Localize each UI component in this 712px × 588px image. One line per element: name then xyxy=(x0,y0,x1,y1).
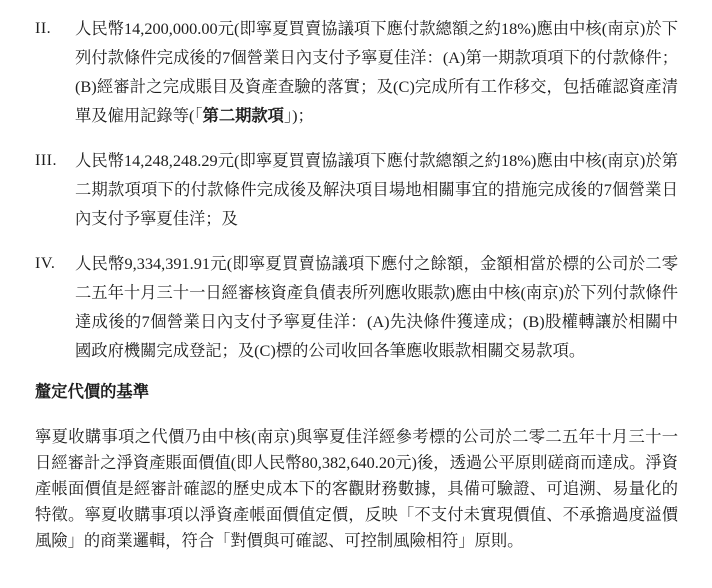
item-numeral: II. xyxy=(35,14,75,43)
clause-text: 人民幣9,334,391.91元(即寧夏買賣協議項下應付之餘額，金額相當於標的公… xyxy=(75,254,678,360)
item-text: 人民幣14,200,000.00元(即寧夏買賣協議項下應付款總額之約18%)應由… xyxy=(75,14,678,130)
payment-terms-list: II.人民幣14,200,000.00元(即寧夏買賣協議項下應付款總額之約18%… xyxy=(35,14,678,365)
clause-text: 人民幣14,248,248.29元(即寧夏買賣協議項下應付款總額之約18%)應由… xyxy=(75,151,678,228)
defined-term-bold: 第二期款項 xyxy=(203,106,284,125)
list-item: II.人民幣14,200,000.00元(即寧夏買賣協議項下應付款總額之約18%… xyxy=(35,14,678,130)
item-text: 人民幣9,334,391.91元(即寧夏買賣協議項下應付之餘額，金額相當於標的公… xyxy=(75,249,678,365)
item-text: 人民幣14,248,248.29元(即寧夏買賣協議項下應付款總額之約18%)應由… xyxy=(75,146,678,233)
list-item: III.人民幣14,248,248.29元(即寧夏買賣協議項下應付款總額之約18… xyxy=(35,146,678,233)
item-numeral: III. xyxy=(35,146,75,175)
item-numeral: IV. xyxy=(35,249,75,278)
clause-text: 」)； xyxy=(284,106,314,125)
list-item: IV.人民幣9,334,391.91元(即寧夏買賣協議項下應付之餘額，金額相當於… xyxy=(35,249,678,365)
section-heading: 釐定代價的基準 xyxy=(35,381,678,403)
document-page: II.人民幣14,200,000.00元(即寧夏買賣協議項下應付款總額之約18%… xyxy=(0,0,712,588)
basis-paragraph: 寧夏收購事項之代價乃由中核(南京)與寧夏佳洋經參考標的公司於二零二五年十月三十一… xyxy=(35,424,678,554)
clause-text: 人民幣14,200,000.00元(即寧夏買賣協議項下應付款總額之約18%)應由… xyxy=(75,19,678,125)
